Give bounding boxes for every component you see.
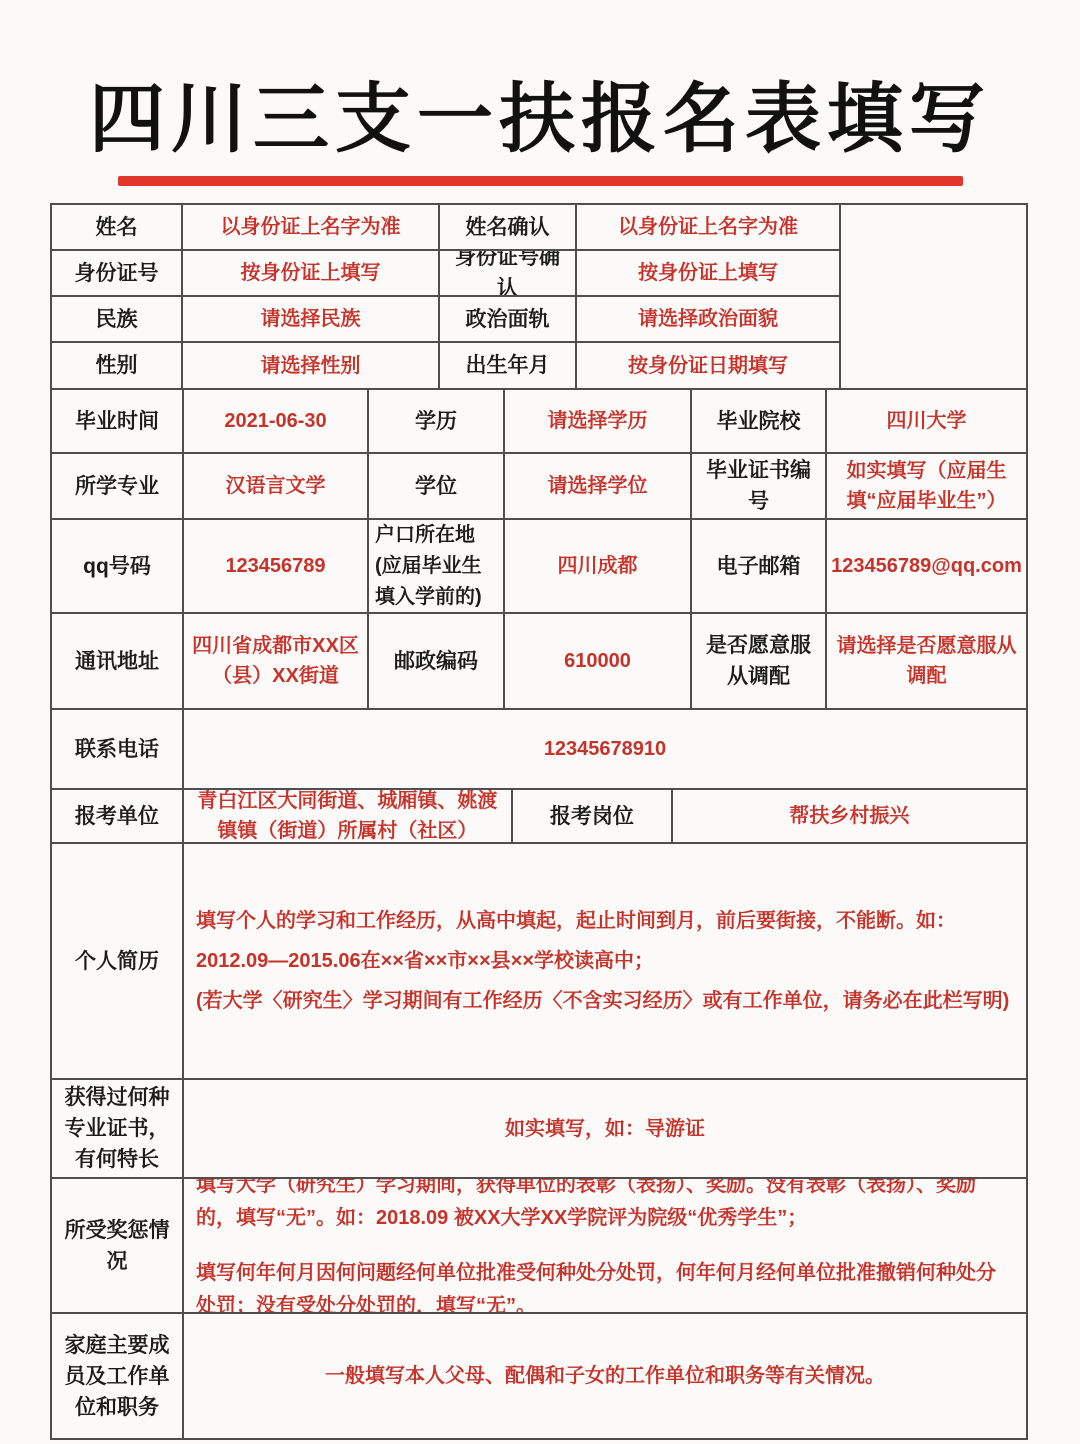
rewards-paragraph: 填写大学（研究生）学习期间，获得单位的表彰（表扬）、奖励。没有表彰（表扬）、奖励… [196,1179,1014,1235]
table-row: qq号码 123456789 户口所在地(应届毕业生填入学前的) 四川成都 电子… [52,520,1028,614]
id-number-label: 身份证号 [52,251,183,297]
punishments-paragraph: 填写何年何月因何问题经何单位批准受何种处分处罚，何年何月经何单位批准撤销何种处分… [196,1257,1014,1315]
contact-phone-value: 12345678910 [184,710,1028,790]
family-members-value: 一般填写本人父母、配偶和子女的工作单位和职务等有关情况。 [184,1314,1028,1440]
major-value: 汉语言文学 [184,454,369,520]
personal-resume-value: 填写个人的学习和工作经历，从高中填起，起止时间到月，前后要街接，不能断。如： 2… [184,844,1028,1080]
graduation-school-label: 毕业院校 [692,390,827,454]
postal-code-label: 邮政编码 [369,614,505,710]
diploma-number-value: 如实填写（应届生填“应届毕业生”） [827,454,1028,520]
degree-label: 学位 [369,454,505,520]
family-members-label: 家庭主要成员及工作单位和职务 [52,1314,184,1440]
table-row: 所受奖惩情况 填写大学（研究生）学习期间，获得单位的表彰（表扬）、奖励。没有表彰… [52,1179,1028,1314]
table-row: 报考单位 青白江区大同街道、城厢镇、姚渡镇镇（街道）所属村（社区） 报考岗位 帮… [52,790,1028,844]
id-number-value: 按身份证上填写 [183,251,440,297]
personal-resume-label: 个人简历 [52,844,184,1080]
mailing-address-label: 通讯地址 [52,614,184,710]
qq-number-value: 123456789 [184,520,369,614]
household-location-value: 四川成都 [505,520,692,614]
page-title: 四川三支一扶报名表填写 [0,0,1080,167]
contact-phone-label: 联系电话 [52,710,184,790]
title-underline [118,176,963,186]
diploma-number-label: 毕业证书编号 [692,454,827,520]
obey-assignment-label: 是否愿意服从调配 [692,614,827,710]
name-confirm-value: 以身份证上名字为准 [577,205,841,251]
rewards-punishments-value: 填写大学（研究生）学习期间，获得单位的表彰（表扬）、奖励。没有表彰（表扬）、奖励… [184,1179,1028,1314]
education-label: 学历 [369,390,505,454]
certificates-label: 获得过何种专业证书，有何特长 [52,1080,184,1179]
resume-line: 填写个人的学习和工作经历，从高中填起，起止时间到月，前后要街接，不能断。如： [196,901,956,941]
graduation-date-value: 2021-06-30 [184,390,369,454]
table-row: 个人简历 填写个人的学习和工作经历，从高中填起，起止时间到月，前后要街接，不能断… [52,844,1028,1080]
major-label: 所学专业 [52,454,184,520]
table-row: 通讯地址 四川省成都市XX区（县）XX街道 邮政编码 610000 是否愿意服从… [52,614,1028,710]
table-row: 联系电话 12345678910 [52,710,1028,790]
email-value: 123456789@qq.com [827,520,1028,614]
basic-info-section: 姓名 以身份证上名字为准 姓名确认 以身份证上名字为准 身份证号 按身份证上填写… [52,205,1028,390]
table-row: 家庭主要成员及工作单位和职务 一般填写本人父母、配偶和子女的工作单位和职务等有关… [52,1314,1028,1440]
table-row: 民族 请选择民族 政治面轨 请选择政治面貌 [52,297,841,343]
education-value: 请选择学历 [505,390,692,454]
ethnicity-value: 请选择民族 [183,297,440,343]
degree-value: 请选择学位 [505,454,692,520]
table-row: 性别 请选择性别 出生年月 按身份证日期填写 [52,343,841,390]
gender-label: 性别 [52,343,183,390]
gender-value: 请选择性别 [183,343,440,390]
application-position-label: 报考岗位 [513,790,673,844]
obey-assignment-value: 请选择是否愿意服从调配 [827,614,1028,710]
birth-date-value: 按身份证日期填写 [577,343,841,390]
email-label: 电子邮箱 [692,520,827,614]
table-row: 所学专业 汉语言文学 学位 请选择学位 毕业证书编号 如实填写（应届生填“应届毕… [52,454,1028,520]
name-confirm-label: 姓名确认 [440,205,577,251]
id-number-confirm-value: 按身份证上填写 [577,251,841,297]
form-guide-page: 四川三支一扶报名表填写 姓名 以身份证上名字为准 姓名确认 以身份证上名字为准 … [0,0,1080,1444]
registration-form-table: 姓名 以身份证上名字为准 姓名确认 以身份证上名字为准 身份证号 按身份证上填写… [50,203,1028,1440]
mailing-address-value: 四川省成都市XX区（县）XX街道 [184,614,369,710]
graduation-date-label: 毕业时间 [52,390,184,454]
table-row: 获得过何种专业证书，有何特长 如实填写，如：导游证 [52,1080,1028,1179]
rewards-punishments-label: 所受奖惩情况 [52,1179,184,1314]
name-label: 姓名 [52,205,183,251]
political-status-label: 政治面轨 [440,297,577,343]
id-number-confirm-label: 身份证号确认 [440,251,577,297]
birth-date-label: 出生年月 [440,343,577,390]
resume-line: 2012.09—2015.06在××省××市××县××学校读高中； [196,941,654,981]
table-row: 身份证号 按身份证上填写 身份证号确认 按身份证上填写 [52,251,841,297]
household-location-label: 户口所在地(应届毕业生填入学前的) [369,520,505,614]
photo-box [841,205,1028,390]
application-unit-label: 报考单位 [52,790,184,844]
table-row: 姓名 以身份证上名字为准 姓名确认 以身份证上名字为准 [52,205,841,251]
table-row: 毕业时间 2021-06-30 学历 请选择学历 毕业院校 四川大学 [52,390,1028,454]
resume-line: (若大学〈研究生〉学习期间有工作经历〈不含实习经历〉或有工作单位，请务必在此栏写… [196,981,1009,1021]
application-unit-value: 青白江区大同街道、城厢镇、姚渡镇镇（街道）所属村（社区） [184,790,513,844]
name-value: 以身份证上名字为准 [183,205,440,251]
qq-number-label: qq号码 [52,520,184,614]
certificates-value: 如实填写，如：导游证 [184,1080,1028,1179]
political-status-value: 请选择政治面貌 [577,297,841,343]
ethnicity-label: 民族 [52,297,183,343]
graduation-school-value: 四川大学 [827,390,1028,454]
postal-code-value: 610000 [505,614,692,710]
application-position-value: 帮扶乡村振兴 [673,790,1028,844]
